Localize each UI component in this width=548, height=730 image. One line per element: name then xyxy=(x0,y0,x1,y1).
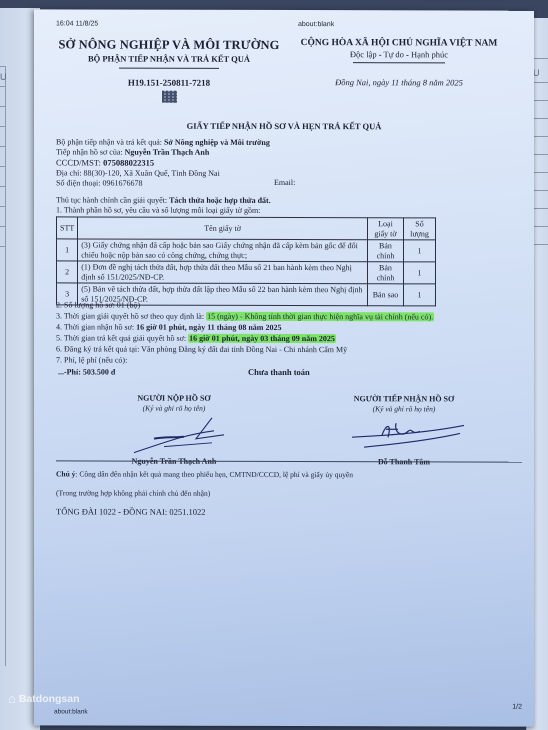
table-rule xyxy=(0,246,6,247)
cell-name: (3) Giấy chứng nhận đã cấp hoặc bản sao … xyxy=(78,239,368,262)
table-rule xyxy=(0,66,6,67)
return-value-highlighted: 16 giờ 01 phút, ngày 03 tháng 09 năm 202… xyxy=(188,334,336,343)
print-timestamp: 16:04 11/8/25 xyxy=(56,20,98,27)
print-footer-url: about:blank xyxy=(54,708,88,715)
cell-type: Bản chính xyxy=(368,262,404,284)
email-label: Email: xyxy=(274,178,295,187)
section-heading: 1. Thành phần hồ sơ, yêu cầu và số lượng… xyxy=(56,205,516,216)
signer-hint: (Ký và ghi rõ họ tên) xyxy=(94,404,254,413)
table-rule xyxy=(0,226,6,227)
duration-value-highlighted: 15 (ngày) - Không tính thời gian thực hi… xyxy=(206,312,434,322)
table-border-line xyxy=(5,66,6,666)
procedure-label: Thủ tục hành chính cần giải quyết: xyxy=(56,195,167,204)
phone-value: 0961676678 xyxy=(102,178,142,187)
cccd-label: CCCD/MST: xyxy=(56,158,101,168)
table-header-row: STT Tên giấy tờ Loại giấy tờ Số lượng xyxy=(57,217,436,240)
cell-type: Bản chính xyxy=(368,240,404,262)
cell-name: (1) Đơn đề nghị tách thửa đất, hợp thửa … xyxy=(78,261,368,284)
received-label: 4. Thời gian nhận hồ sơ: xyxy=(56,322,134,331)
signature-receiver: NGƯỜI TIẾP NHẬN HỒ SƠ (Ký và ghi rõ họ t… xyxy=(324,394,484,466)
payment-status: Chưa thanh toán xyxy=(248,367,310,377)
applicant-name: Nguyễn Trần Thạch Anh xyxy=(125,148,210,157)
note-label: Chú ý xyxy=(56,469,75,478)
document-code: H19.151-250811-7218 xyxy=(44,77,294,88)
table-rule xyxy=(0,186,6,187)
signature-mark-icon xyxy=(324,413,484,457)
document-title: GIẤY TIẾP NHẬN HỒ SƠ VÀ HẸN TRẢ KẾT QUẢ xyxy=(34,120,534,131)
divider xyxy=(353,62,445,63)
fee-line: ...-Phí: 503.500 đ Chưa thanh toán xyxy=(56,366,526,378)
detail-items: 2. Số lượng hồ sơ: 01 (bộ) 3. Thời gian … xyxy=(56,299,526,378)
organization-subtitle: BỘ PHẬN TIẾP NHẬN VÀ TRẢ KẾT QUẢ xyxy=(44,53,294,64)
cell-stt: 1 xyxy=(57,239,78,261)
documents-table: STT Tên giấy tờ Loại giấy tờ Số lượng 1 … xyxy=(56,216,436,306)
print-url: about:blank xyxy=(298,21,334,28)
note-line: Chú ý: Công dân đến nhận kết quả mang th… xyxy=(56,469,526,479)
signature-mark-icon xyxy=(94,413,254,457)
background-page-letter: U xyxy=(0,72,7,82)
signer-role: NGƯỜI NỘP HỒ SƠ xyxy=(94,394,254,403)
nation-title: CỘNG HÒA XÃ HỘI CHỦ NGHĨA VIỆT NAM xyxy=(274,38,524,49)
nation-motto: Độc lập - Tự do - Hạnh phúc xyxy=(274,49,524,60)
dept-label: Bộ phận tiếp nhận và trả kết quả: xyxy=(56,137,162,146)
table-rule xyxy=(0,86,6,87)
divider xyxy=(119,68,219,69)
procedure-section: Thủ tục hành chính cần giải quyết: Tách … xyxy=(56,195,516,216)
table-row: 1 (3) Giấy chứng nhận đã cấp hoặc bản sa… xyxy=(57,239,436,262)
organization-title: SỞ NÔNG NGHIỆP VÀ MÔI TRƯỜNG xyxy=(44,37,294,53)
page-number: 1/2 xyxy=(512,704,522,711)
national-header: CỘNG HÒA XÃ HỘI CHỦ NGHĨA VIỆT NAM Độc l… xyxy=(274,38,524,88)
email-line: Email: xyxy=(274,178,295,188)
address-label: Địa chỉ: xyxy=(56,168,82,177)
cell-stt: 2 xyxy=(57,261,78,283)
fee-amount: ...-Phí: 503.500 đ xyxy=(56,366,246,377)
notes-section: Chú ý: Công dân đến nhận kết quả mang th… xyxy=(56,469,526,517)
return-label: 5. Thời gian trả kết quả giải quyết hồ s… xyxy=(56,333,186,342)
hotline: TỔNG ĐÀI 1022 - ĐỒNG NAI: 0251.1022 xyxy=(56,506,526,517)
house-logo-icon: ⌂ xyxy=(8,691,16,706)
watermark-brand: Batdongsan xyxy=(19,693,80,705)
header-name: Tên giấy tờ xyxy=(78,217,368,240)
document-sheet: 16:04 11/8/25 about:blank SỞ NÔNG NGHIỆP… xyxy=(34,9,534,726)
signer-hint: (Ký và ghi rõ họ tên) xyxy=(324,404,484,413)
header-type: Loại giấy tờ xyxy=(368,218,404,240)
cell-qty: 1 xyxy=(404,262,436,284)
received-value: 16 giờ 01 phút, ngày 11 tháng 08 năm 202… xyxy=(136,323,281,332)
cell-qty: 1 xyxy=(404,240,436,262)
item-fee-heading: 7. Phí, lệ phí (nếu có): xyxy=(56,354,526,366)
header-stt: STT xyxy=(57,217,78,239)
applicant-label: Tiếp nhận hồ sơ của: xyxy=(56,148,123,157)
watermark: ⌂ Batdongsan xyxy=(8,691,80,706)
dept-value: Sở Nông nghiệp và Môi trường xyxy=(164,138,270,147)
table-rule xyxy=(0,106,6,107)
note-sub: (Trong trường hợp không phải chính chủ đ… xyxy=(56,488,526,498)
qr-code-icon xyxy=(162,91,177,103)
organization-header: SỞ NÔNG NGHIỆP VÀ MÔI TRƯỜNG BỘ PHẬN TIẾ… xyxy=(44,37,294,103)
address-value: 88(30)-120, Xã Xuân Quế, Tỉnh Đồng Nai xyxy=(84,168,220,177)
table-rule xyxy=(0,146,6,147)
cccd-value: 075088022315 xyxy=(103,158,154,168)
table-rule xyxy=(0,126,6,127)
table-rule xyxy=(0,206,6,207)
applicant-info: Bộ phận tiếp nhận và trả kết quả: Sở Nôn… xyxy=(56,137,516,189)
table-rule xyxy=(0,166,6,167)
note-text: : Công dân đến nhận kết quả mang theo ph… xyxy=(75,469,353,479)
duration-label: 3. Thời gian giải quyết hồ sơ theo quy đ… xyxy=(56,311,204,320)
signature-applicant: NGƯỜI NỘP HỒ SƠ (Ký và ghi rõ họ tên) Ng… xyxy=(94,394,254,466)
place-date: Đồng Nai, ngày 11 tháng 8 năm 2025 xyxy=(274,77,524,88)
procedure-value: Tách thửa hoặc hợp thửa đất. xyxy=(169,196,271,205)
header-qty: Số lượng xyxy=(404,218,436,240)
phone-label: Số điện thoại: xyxy=(56,178,100,187)
signer-role: NGƯỜI TIẾP NHẬN HỒ SƠ xyxy=(324,394,484,403)
table-row: 2 (1) Đơn đề nghị tách thửa đất, hợp thử… xyxy=(57,261,436,284)
